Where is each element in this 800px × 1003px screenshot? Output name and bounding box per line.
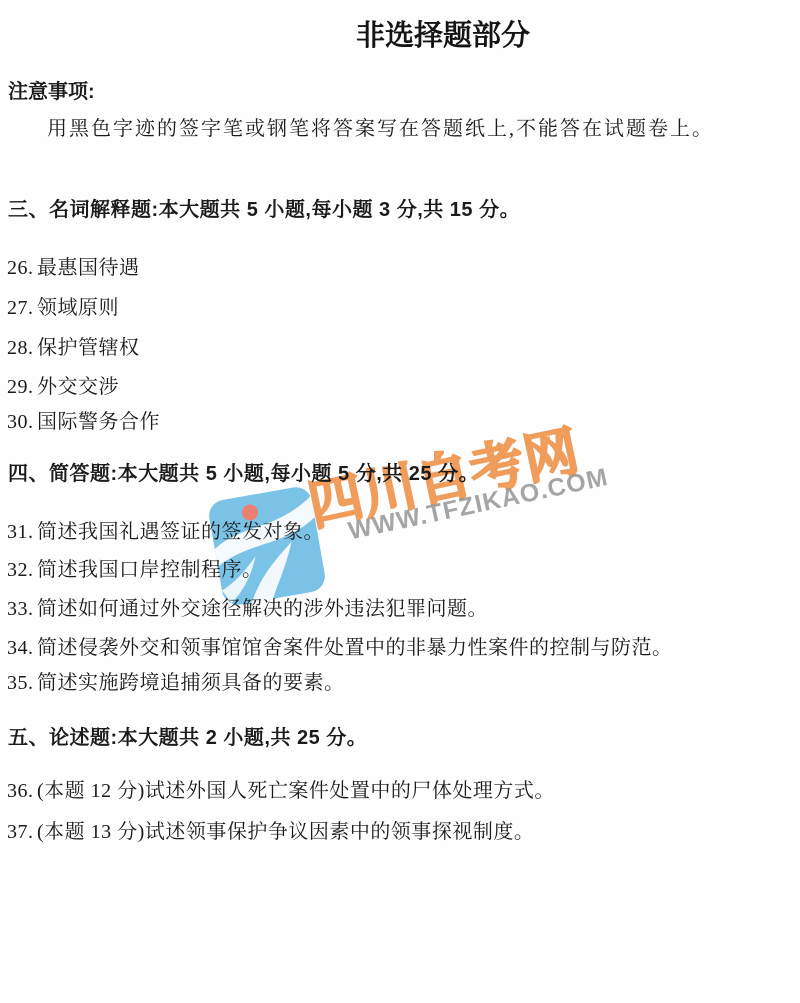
question-item-27: 27.领域原则 bbox=[7, 296, 119, 321]
question-item-30: 30.国际警务合作 bbox=[7, 410, 160, 435]
question-item-32: 32.简述我国口岸控制程序。 bbox=[7, 558, 263, 583]
section-heading-terms: 三、名词解释题:本大题共 5 小题,每小题 3 分,共 15 分。 bbox=[8, 198, 520, 223]
question-item-29: 29.外交交涉 bbox=[7, 375, 119, 400]
question-item-37: 37.(本题 13 分)试述领事保护争议因素中的领事探视制度。 bbox=[7, 820, 534, 845]
question-text: 最惠国待遇 bbox=[37, 257, 140, 279]
question-number: 37. bbox=[7, 820, 37, 845]
question-number: 30. bbox=[7, 410, 37, 435]
question-item-28: 28.保护管辖权 bbox=[7, 336, 140, 361]
question-item-36: 36.(本题 12 分)试述外国人死亡案件处置中的尸体处理方式。 bbox=[7, 779, 555, 804]
question-text: 国际警务合作 bbox=[37, 411, 160, 433]
question-number: 27. bbox=[7, 296, 37, 321]
question-text: 保护管辖权 bbox=[37, 337, 140, 359]
notice-label: 注意事项: bbox=[8, 80, 95, 104]
notice-body: 用黑色字迹的签字笔或钢笔将答案写在答题纸上,不能答在试题卷上。 bbox=[47, 116, 714, 142]
question-item-34: 34.简述侵袭外交和领事馆馆舍案件处置中的非暴力性案件的控制与防范。 bbox=[7, 636, 673, 661]
question-number: 36. bbox=[7, 779, 37, 804]
question-number: 29. bbox=[7, 375, 37, 400]
question-number: 32. bbox=[7, 558, 37, 583]
question-text: 简述实施跨境追捕须具备的要素。 bbox=[37, 672, 345, 694]
page-title: 非选择题部分 bbox=[43, 20, 800, 53]
question-text: 简述如何通过外交途径解决的涉外违法犯罪问题。 bbox=[37, 598, 488, 620]
exam-page: 四川自考网 WWW.TFZIKAO.COM 非选择题部分 注意事项: 用黑色字迹… bbox=[0, 0, 800, 1003]
question-text: (本题 12 分)试述外国人死亡案件处置中的尸体处理方式。 bbox=[37, 780, 555, 802]
section-heading-short-answer: 四、简答题:本大题共 5 小题,每小题 5 分,共 25 分。 bbox=[8, 462, 479, 487]
question-number: 33. bbox=[7, 597, 37, 622]
question-number: 26. bbox=[7, 256, 37, 281]
question-text: 简述侵袭外交和领事馆馆舍案件处置中的非暴力性案件的控制与防范。 bbox=[37, 637, 673, 659]
question-text: 领域原则 bbox=[37, 297, 119, 319]
question-item-31: 31.简述我国礼遇签证的签发对象。 bbox=[7, 520, 324, 545]
question-text: 外交交涉 bbox=[37, 376, 119, 398]
question-number: 34. bbox=[7, 636, 37, 661]
question-item-35: 35.简述实施跨境追捕须具备的要素。 bbox=[7, 671, 345, 696]
question-text: 简述我国口岸控制程序。 bbox=[37, 559, 263, 581]
question-text: (本题 13 分)试述领事保护争议因素中的领事探视制度。 bbox=[37, 821, 534, 843]
question-item-33: 33.简述如何通过外交途径解决的涉外违法犯罪问题。 bbox=[7, 597, 488, 622]
section-heading-essay: 五、论述题:本大题共 2 小题,共 25 分。 bbox=[8, 726, 367, 751]
question-text: 简述我国礼遇签证的签发对象。 bbox=[37, 521, 324, 543]
question-item-26: 26.最惠国待遇 bbox=[7, 256, 140, 281]
question-number: 28. bbox=[7, 336, 37, 361]
question-number: 31. bbox=[7, 520, 37, 545]
question-number: 35. bbox=[7, 671, 37, 696]
